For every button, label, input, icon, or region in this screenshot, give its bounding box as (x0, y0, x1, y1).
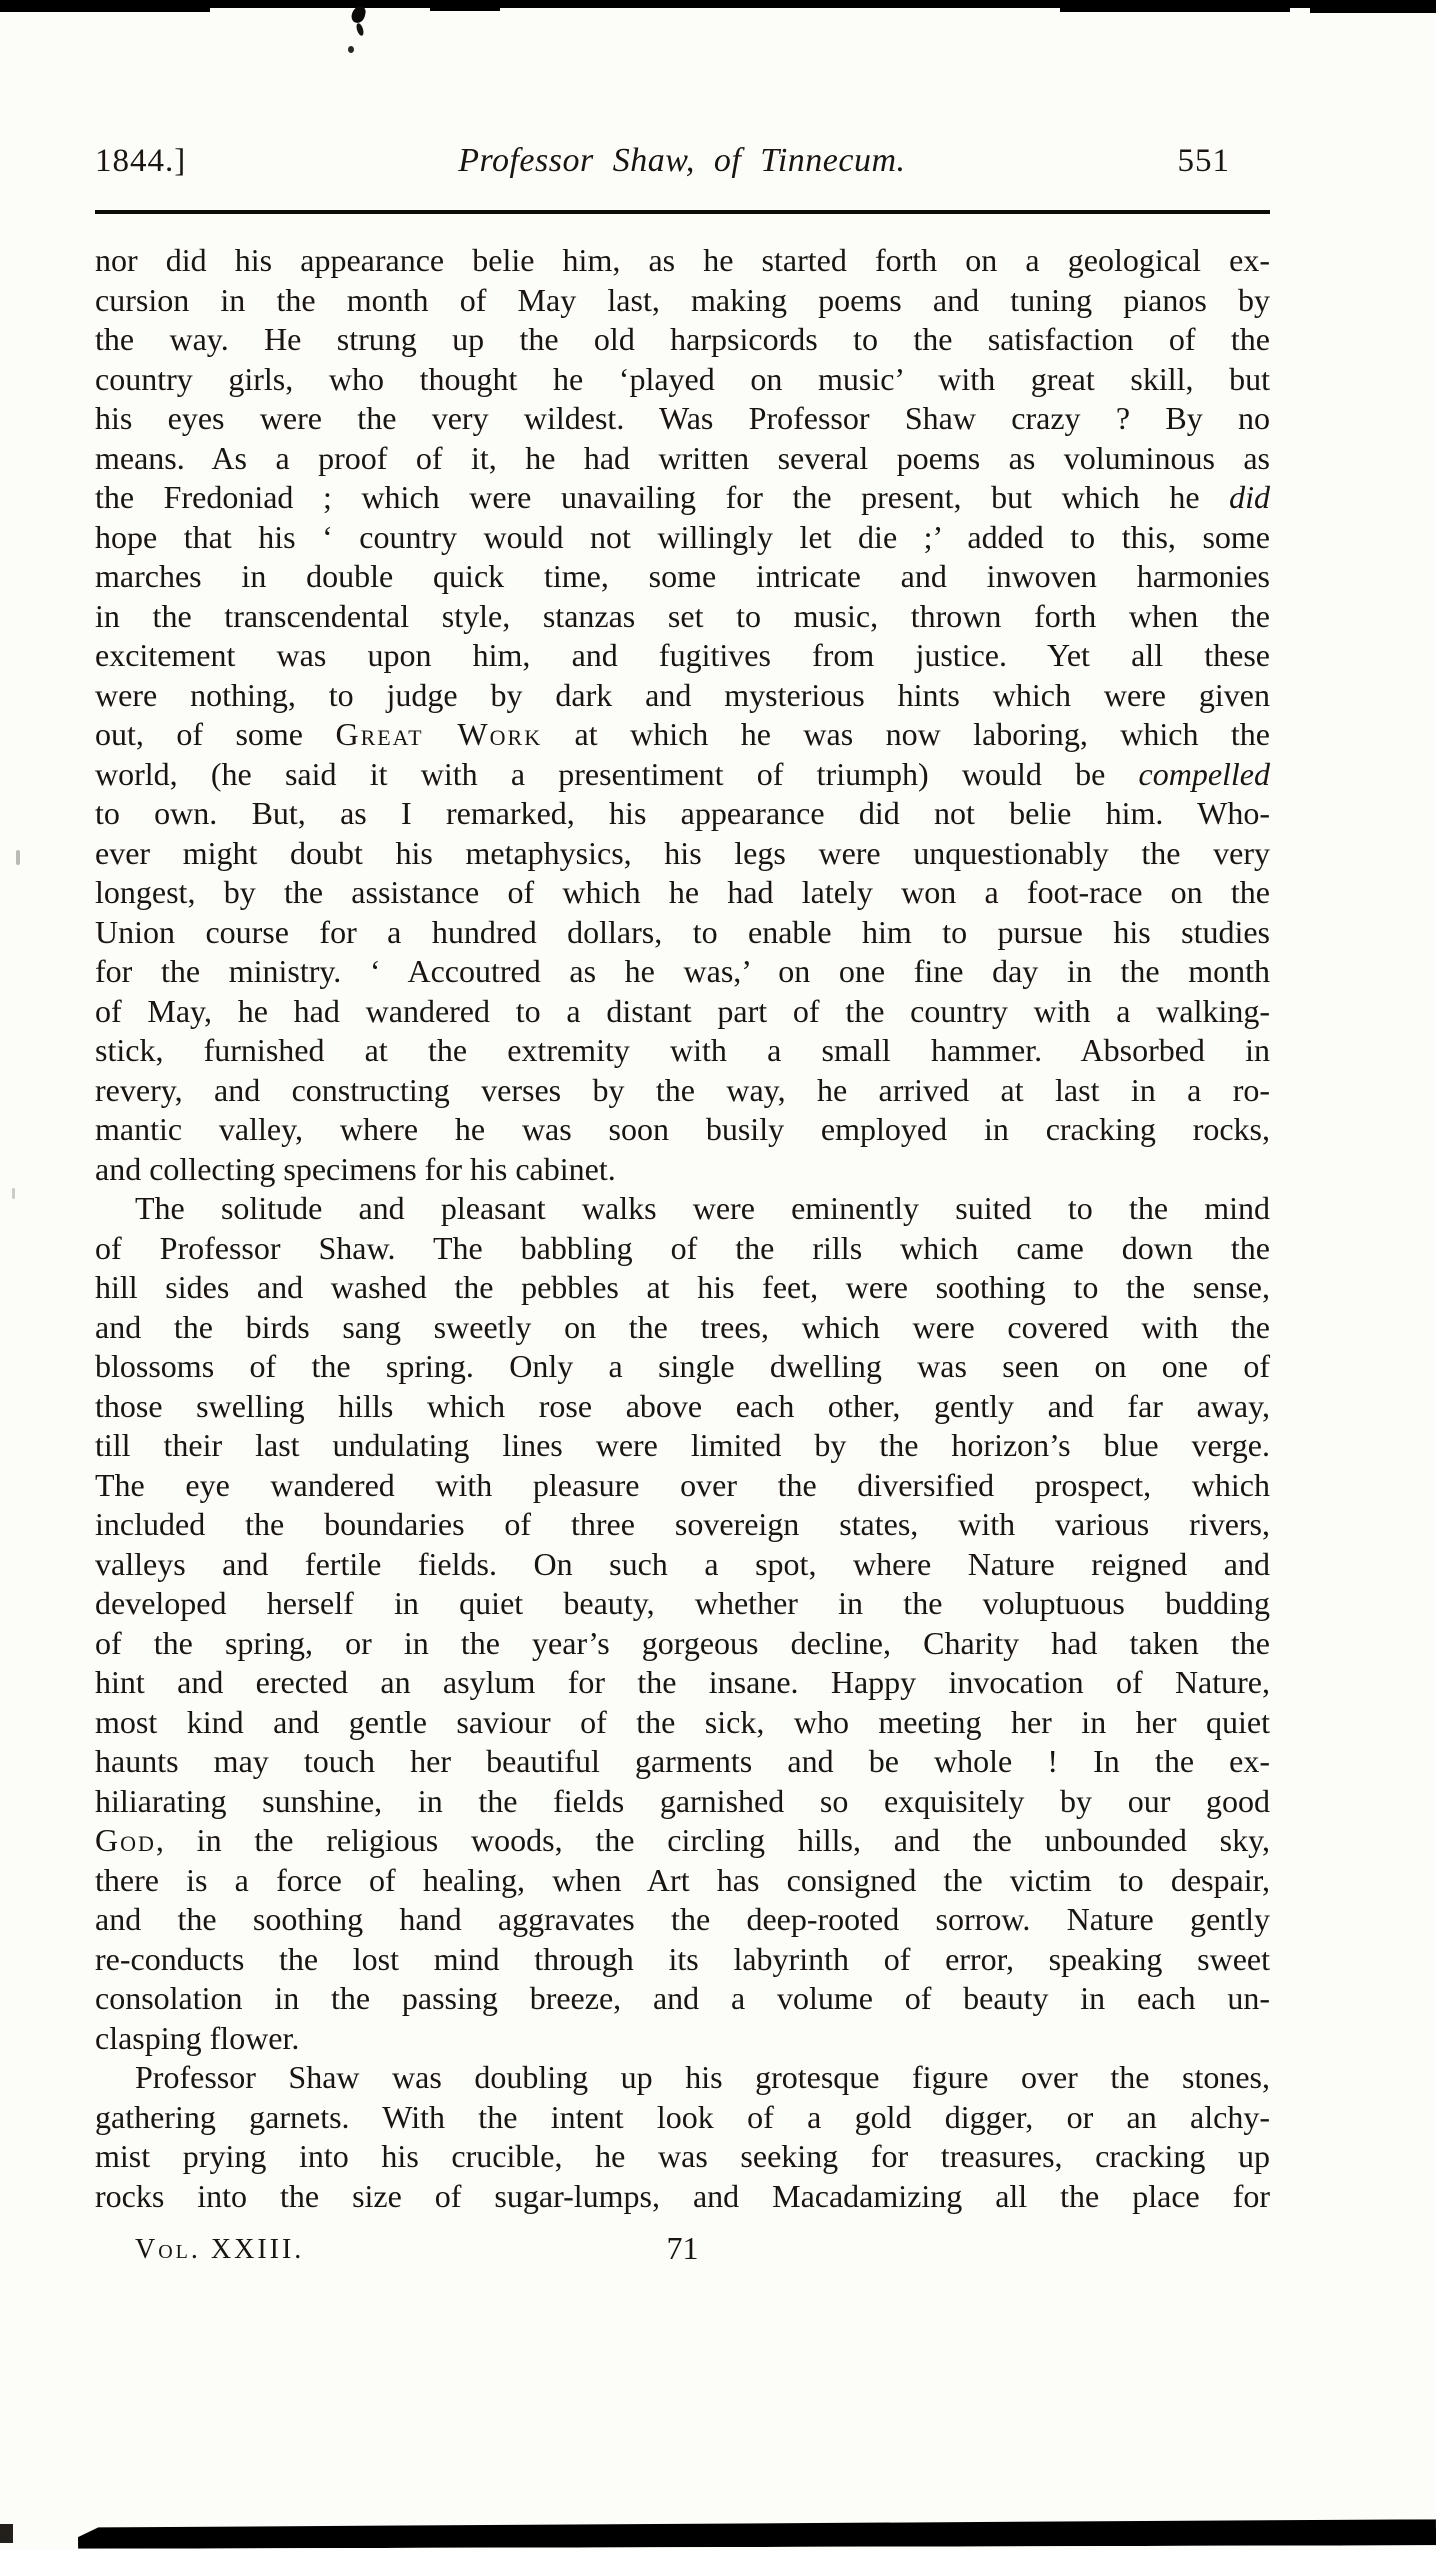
scan-speck (16, 850, 20, 865)
text-line: consolation in the passing breeze, and a… (95, 1979, 1270, 2019)
text-line: re-conducts the lost mind through its la… (95, 1940, 1270, 1980)
text-line: the Fredoniad ; which were unavailing fo… (95, 478, 1270, 518)
text-segment: hint and erected an asylum for the insan… (95, 1664, 1270, 1700)
paragraph: The solitude and pleasant walks were emi… (95, 1189, 1270, 2058)
text-line: The eye wandered with pleasure over the … (95, 1466, 1270, 1506)
text-line: country girls, who thought he ‘played on… (95, 360, 1270, 400)
text-segment: till their last undulating lines were li… (95, 1427, 1270, 1463)
text-line: of Professor Shaw. The babbling of the r… (95, 1229, 1270, 1269)
paragraph: Professor Shaw was doubling up his grote… (95, 2058, 1270, 2216)
text-line: hill sides and washed the pebbles at his… (95, 1268, 1270, 1308)
page-header: 1844.] Professor Shaw, of Tinnecum. 551 (95, 142, 1270, 180)
text-segment: consolation in the passing breeze, and a… (95, 1980, 1270, 2016)
text-line: and the soothing hand aggravates the dee… (95, 1900, 1270, 1940)
text-segment: the way. He strung up the old harpsicord… (95, 321, 1270, 357)
text-segment: were nothing, to judge by dark and myste… (95, 677, 1270, 713)
text-line: valleys and fertile fields. On such a sp… (95, 1545, 1270, 1585)
scan-artifact-top-edge (430, 8, 500, 11)
text-line: in the transcendental style, stanzas set… (95, 597, 1270, 637)
text-segment: Union course for a hundred dollars, to e… (95, 914, 1270, 950)
text-segment: means. As a proof of it, he had written … (95, 440, 1270, 476)
text-segment: ever might doubt his metaphysics, his le… (95, 835, 1270, 871)
text-line: world, (he said it with a presentiment o… (95, 755, 1270, 795)
text-segment: blossoms of the spring. Only a single dw… (95, 1348, 1270, 1384)
scan-speck (12, 1188, 15, 1199)
text-segment: there is a force of healing, when Art ha… (95, 1862, 1270, 1898)
text-segment: hope that his ‘ country would not willin… (95, 519, 1270, 555)
page-footer: Vol. XXIII. 71 (95, 2230, 1270, 2274)
text-segment: marches in double quick time, some intri… (95, 558, 1270, 594)
text-line: mist prying into his crucible, he was se… (95, 2137, 1270, 2177)
text-segment: and the birds sang sweetly on the trees,… (95, 1309, 1270, 1345)
text-segment: country girls, who thought he ‘played on… (95, 361, 1270, 397)
text-segment: and collecting specimens for his cabinet… (95, 1151, 616, 1187)
text-line: revery, and constructing verses by the w… (95, 1071, 1270, 1111)
text-line: stick, furnished at the extremity with a… (95, 1031, 1270, 1071)
text-segment: of Professor Shaw. The babbling of the r… (95, 1230, 1270, 1266)
text-line: most kind and gentle saviour of the sick… (95, 1703, 1270, 1743)
text-line: cursion in the month of May last, making… (95, 281, 1270, 321)
scan-artifact-top-edge (1310, 7, 1436, 13)
text-line: means. As a proof of it, he had written … (95, 439, 1270, 479)
text-segment: the Fredoniad ; which were unavailing fo… (95, 479, 1229, 515)
text-segment: of May, he had wandered to a distant par… (95, 993, 1270, 1029)
text-segment: world, (he said it with a presentiment o… (95, 756, 1139, 792)
text-line: of the spring, or in the year’s gorgeous… (95, 1624, 1270, 1664)
italic-text: compelled (1139, 756, 1271, 792)
text-segment: , in the religious woods, the circling h… (156, 1822, 1270, 1858)
text-line: mantic valley, where he was soon busily … (95, 1110, 1270, 1150)
text-segment: those swelling hills which rose above ea… (95, 1388, 1270, 1424)
text-line: developed herself in quiet beauty, wheth… (95, 1584, 1270, 1624)
text-line: included the boundaries of three soverei… (95, 1505, 1270, 1545)
small-caps-text: Great Work (335, 716, 542, 752)
text-segment: stick, furnished at the extremity with a… (95, 1032, 1270, 1068)
signature-number: 71 (95, 2230, 1270, 2267)
text-segment: to own. But, as I remarked, his appearan… (95, 795, 1270, 831)
text-segment: The eye wandered with pleasure over the … (95, 1467, 1270, 1503)
text-segment: mist prying into his crucible, he was se… (95, 2138, 1270, 2174)
text-line: hint and erected an asylum for the insan… (95, 1663, 1270, 1703)
scan-artifact-bottom-edge (78, 2519, 1436, 2549)
scanned-book-page: 1844.] Professor Shaw, of Tinnecum. 551 … (0, 0, 1436, 2550)
text-segment: most kind and gentle saviour of the sick… (95, 1704, 1270, 1740)
text-line: out, of some Great Work at which he was … (95, 715, 1270, 755)
text-line: were nothing, to judge by dark and myste… (95, 676, 1270, 716)
text-segment: The solitude and pleasant walks were emi… (135, 1190, 1270, 1226)
text-line: of May, he had wandered to a distant par… (95, 992, 1270, 1032)
text-line: there is a force of healing, when Art ha… (95, 1861, 1270, 1901)
text-segment: gathering garnets. With the intent look … (95, 2099, 1270, 2135)
scan-artifact-top-edge (0, 7, 210, 12)
text-segment: haunts may touch her beautiful garments … (95, 1743, 1270, 1779)
text-line: blossoms of the spring. Only a single dw… (95, 1347, 1270, 1387)
text-segment: his eyes were the very wildest. Was Prof… (95, 400, 1270, 436)
text-line: nor did his appearance belie him, as he … (95, 241, 1270, 281)
text-line: the way. He strung up the old harpsicord… (95, 320, 1270, 360)
text-line: to own. But, as I remarked, his appearan… (95, 794, 1270, 834)
text-segment: nor did his appearance belie him, as he … (95, 242, 1270, 278)
text-line: gathering garnets. With the intent look … (95, 2098, 1270, 2138)
text-line: clasping flower. (95, 2019, 1270, 2059)
running-title: Professor Shaw, of Tinnecum. (186, 142, 1177, 180)
text-segment: re-conducts the lost mind through its la… (95, 1941, 1270, 1977)
text-line: till their last undulating lines were li… (95, 1426, 1270, 1466)
text-segment: Professor Shaw was doubling up his grote… (135, 2059, 1270, 2095)
page-number: 551 (1178, 143, 1271, 180)
scan-artifact-top-edge (0, 0, 1436, 8)
text-segment: and the soothing hand aggravates the dee… (95, 1901, 1270, 1937)
text-segment: valleys and fertile fields. On such a sp… (95, 1546, 1270, 1582)
text-segment: hill sides and washed the pebbles at his… (95, 1269, 1270, 1305)
text-segment: for the ministry. ‘ Accoutred as he was,… (95, 953, 1270, 989)
italic-text: did (1229, 479, 1270, 515)
text-line: rocks into the size of sugar-lumps, and … (95, 2177, 1270, 2217)
text-segment: out, of some (95, 716, 335, 752)
text-line: God, in the religious woods, the circlin… (95, 1821, 1270, 1861)
paragraph: nor did his appearance belie him, as he … (95, 241, 1270, 1189)
text-segment: revery, and constructing verses by the w… (95, 1072, 1270, 1108)
text-line: for the ministry. ‘ Accoutred as he was,… (95, 952, 1270, 992)
ink-smudge (348, 46, 354, 53)
text-segment: at which he was now laboring, which the (542, 716, 1270, 752)
text-line: Union course for a hundred dollars, to e… (95, 913, 1270, 953)
text-line: hiliarating sunshine, in the fields garn… (95, 1782, 1270, 1822)
text-segment: clasping flower. (95, 2020, 299, 2056)
text-segment: mantic valley, where he was soon busily … (95, 1111, 1270, 1147)
text-line: Professor Shaw was doubling up his grote… (95, 2058, 1270, 2098)
ink-smudge (355, 22, 365, 36)
body-text: nor did his appearance belie him, as he … (95, 241, 1270, 2216)
text-segment: rocks into the size of sugar-lumps, and … (95, 2178, 1270, 2214)
text-line: and the birds sang sweetly on the trees,… (95, 1308, 1270, 1348)
text-segment: longest, by the assistance of which he h… (95, 874, 1270, 910)
scan-artifact-top-edge (1060, 8, 1290, 12)
text-line: hope that his ‘ country would not willin… (95, 518, 1270, 558)
text-segment: excitement was upon him, and fugitives f… (95, 637, 1270, 673)
text-line: and collecting specimens for his cabinet… (95, 1150, 1270, 1190)
scan-artifact-corner (0, 2524, 13, 2543)
text-line: those swelling hills which rose above ea… (95, 1387, 1270, 1427)
text-segment: hiliarating sunshine, in the fields garn… (95, 1783, 1270, 1819)
text-segment: of the spring, or in the year’s gorgeous… (95, 1625, 1270, 1661)
text-segment: in the transcendental style, stanzas set… (95, 598, 1270, 634)
header-rule (95, 210, 1270, 214)
text-line: The solitude and pleasant walks were emi… (95, 1189, 1270, 1229)
text-line: haunts may touch her beautiful garments … (95, 1742, 1270, 1782)
text-line: his eyes were the very wildest. Was Prof… (95, 399, 1270, 439)
header-date: 1844.] (95, 143, 186, 180)
text-line: longest, by the assistance of which he h… (95, 873, 1270, 913)
text-segment: developed herself in quiet beauty, wheth… (95, 1585, 1270, 1621)
small-caps-text: God (95, 1822, 156, 1858)
text-segment: included the boundaries of three soverei… (95, 1506, 1270, 1542)
text-line: ever might doubt his metaphysics, his le… (95, 834, 1270, 874)
text-segment: cursion in the month of May last, making… (95, 282, 1270, 318)
text-line: excitement was upon him, and fugitives f… (95, 636, 1270, 676)
text-line: marches in double quick time, some intri… (95, 557, 1270, 597)
